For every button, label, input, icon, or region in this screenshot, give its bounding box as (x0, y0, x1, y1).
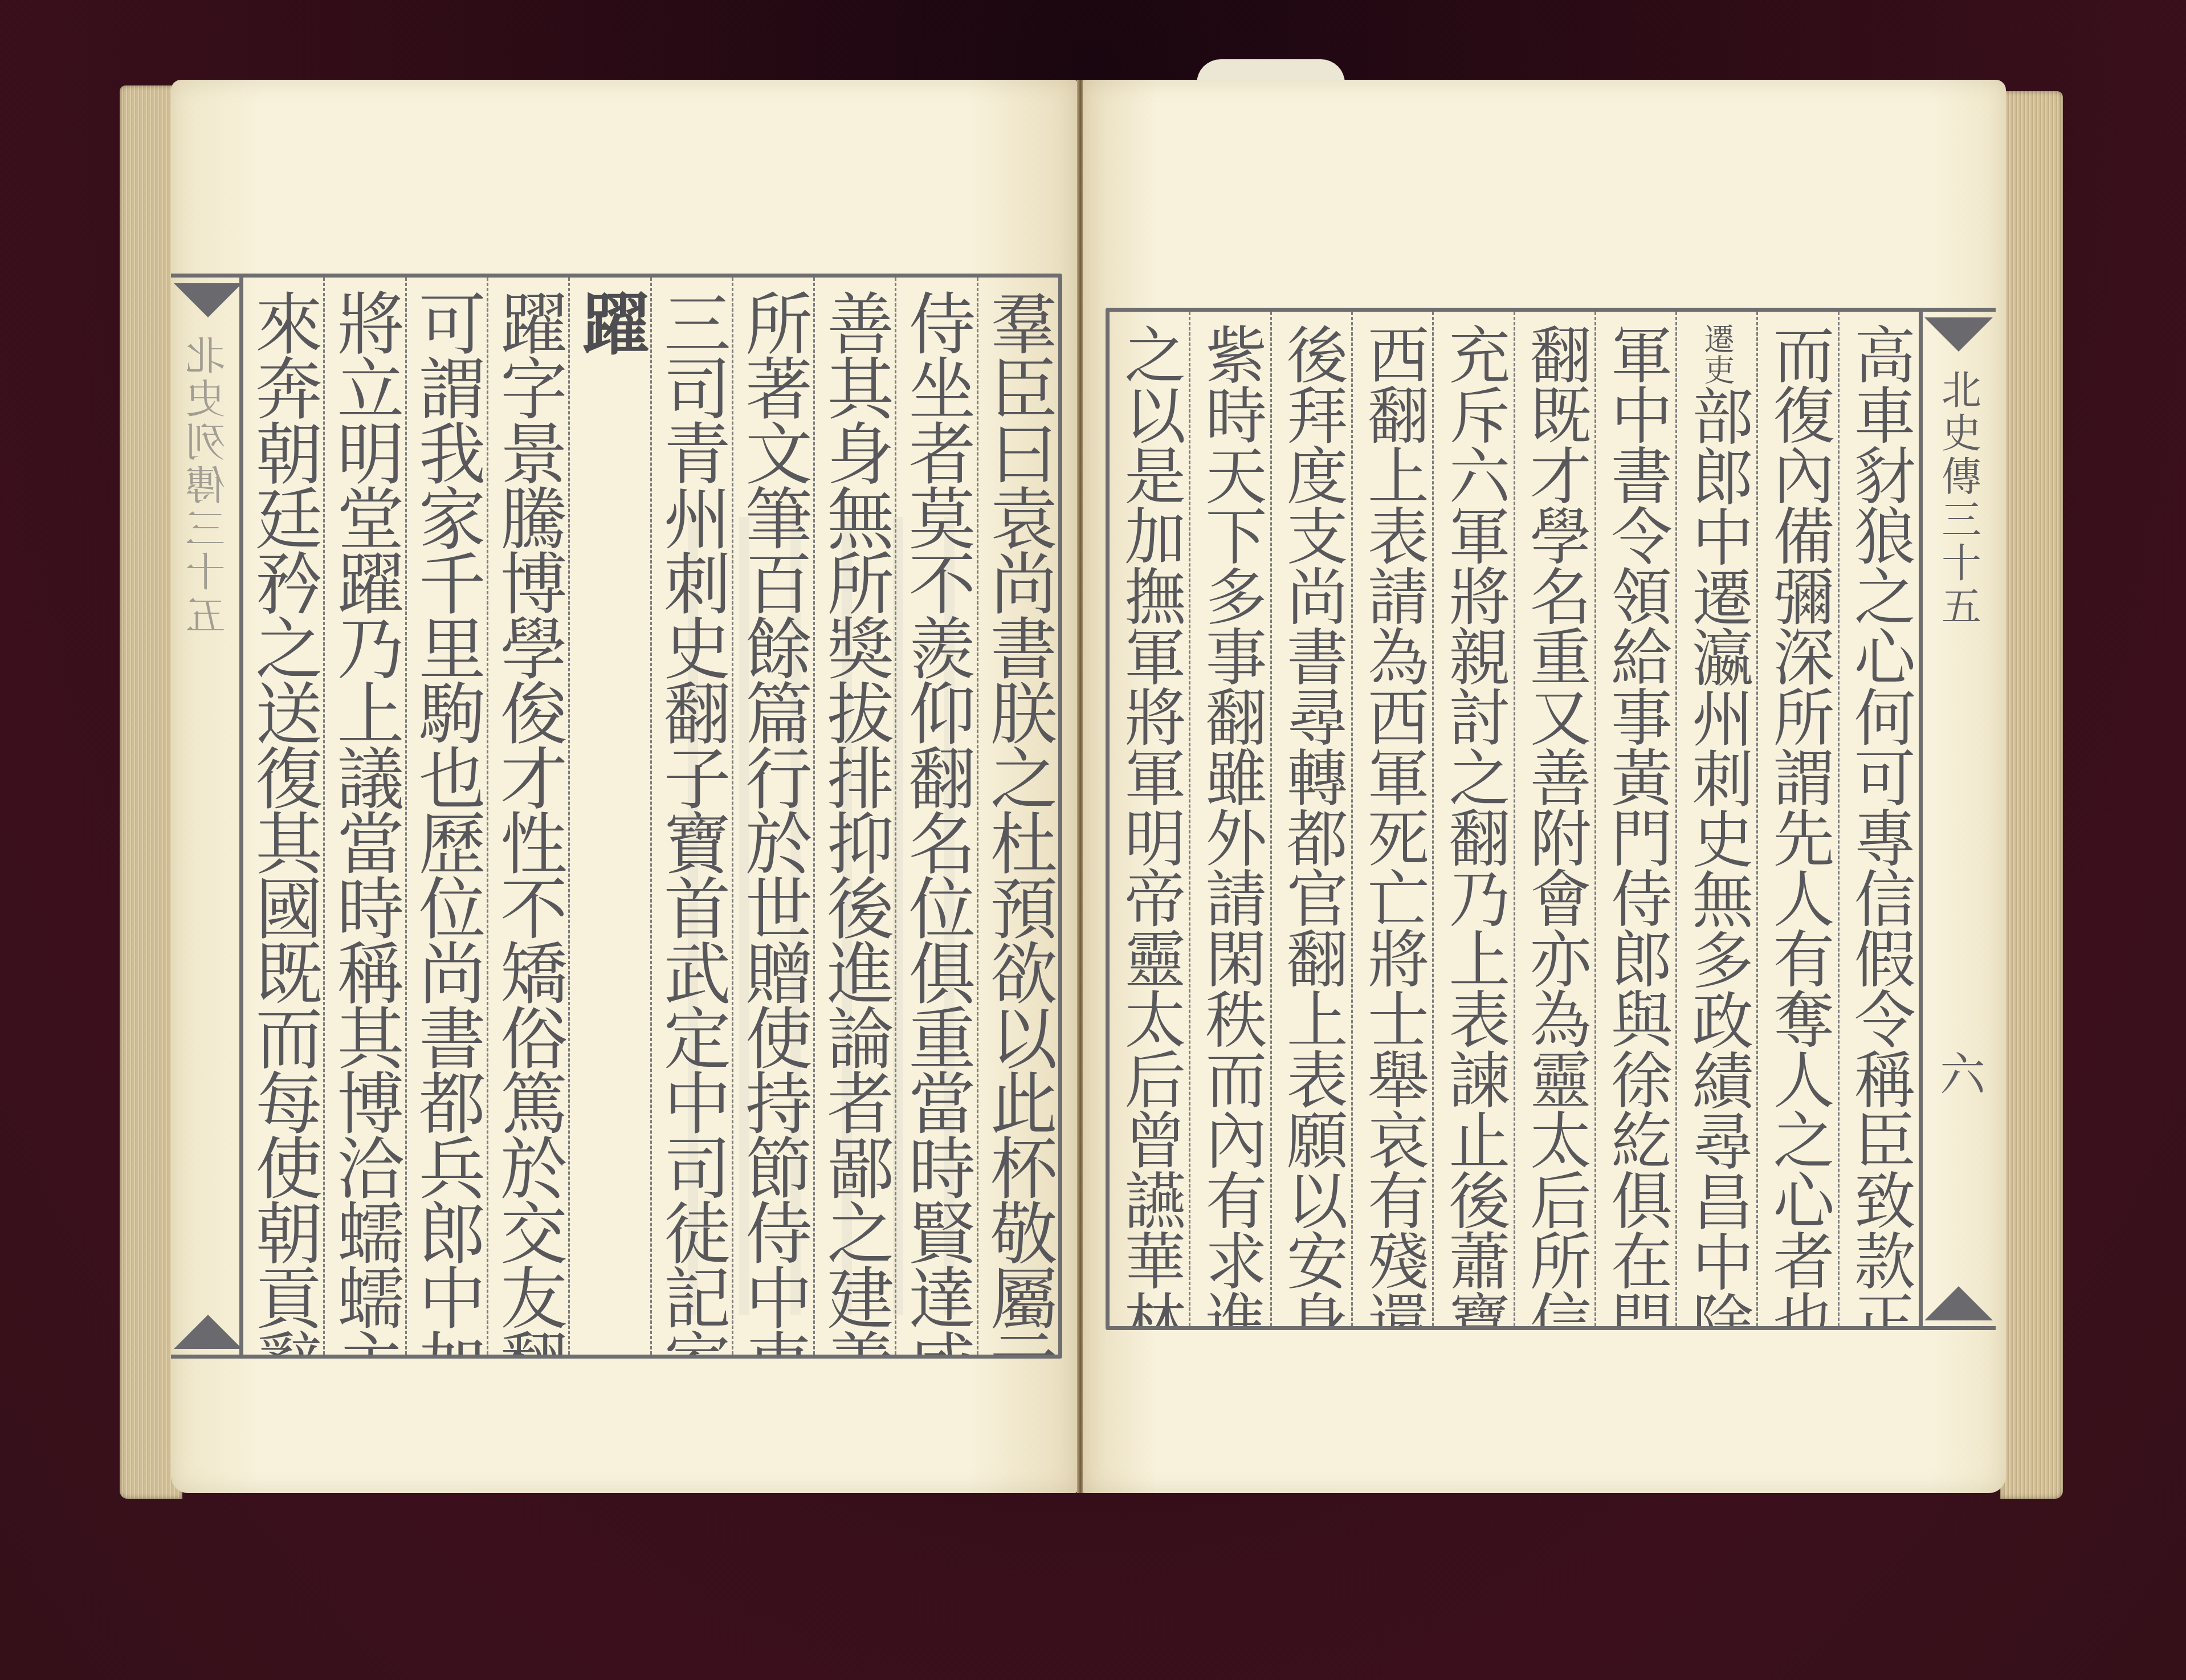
text-column: 高車豺狼之心何可專信假令稱臣致款正可外加優納 (1838, 312, 1919, 1326)
interlinear-annotation: 遷吏 (1702, 323, 1732, 385)
right-page-edges (2000, 91, 2063, 1499)
text-column: 紫時天下多事翻雖外請閑秩而內有求進之心識者怪 (1189, 312, 1270, 1326)
fish-tail-bottom-icon (174, 1315, 242, 1349)
text-column: 來奔朝廷矜之送復其國既而每使朝貢辭旨頗不盡禮 (243, 278, 323, 1355)
right-page: 高車豺狼之心何可專信假令稱臣致款正可外加優納 而復內備彌深所謂先人有奪人之心者也… (1083, 80, 2006, 1493)
open-book: 北史列傳三十五 羣臣曰袁尚書朕之杜預欲以此杯敬屬元凱今為盡之 侍坐者莫不羨仰翻名… (114, 80, 2063, 1499)
fish-tail-top-icon (1924, 317, 1993, 352)
text-column-with-annotation: 遷吏部郎中遷瀛州刺史無多政績尋昌中除安南將 (1675, 312, 1756, 1326)
text-column: 可謂我家千里駒也歷位尚書都兵郎中加員外散騎常侍 (405, 278, 487, 1355)
text-column: 三司青州刺史翻子寶首武定中司徒記室參軍事翻弟 (650, 278, 732, 1355)
column-text: 部郎中遷瀛州刺史無多政績尋昌中除安南將 (1686, 385, 1748, 1326)
left-page: 北史列傳三十五 羣臣曰袁尚書朕之杜預欲以此杯敬屬元凱今為盡之 侍坐者莫不羨仰翻名… (171, 80, 1077, 1493)
text-column: 之以是加撫軍將軍明帝靈太后曾讌華林園舉觴謂 (1110, 312, 1189, 1326)
section-heading-column: 躍 (568, 278, 650, 1355)
text-column: 善其身無所獎拔排抑後進論者鄙之建義初遇害河陰 (813, 278, 895, 1355)
fish-tail-top-icon (174, 283, 242, 317)
text-column: 羣臣曰袁尚書朕之杜預欲以此杯敬屬元凱今為盡之 (977, 278, 1058, 1355)
text-column: 將立明堂躍乃上議當時稱其博洽蠕蠕主阿那瓌亡破 (323, 278, 405, 1355)
left-text-frame: 羣臣曰袁尚書朕之杜預欲以此杯敬屬元凱今為盡之 侍坐者莫不羨仰翻名位俱重當時賢達咸… (239, 274, 1062, 1359)
text-column: 充斥六軍將親討之翻乃上表諫止後蕭寶夤大敗於關 (1432, 312, 1513, 1326)
text-column: 翻既才學名重又善附會亦為靈太后所信待是時蠻賊 (1514, 312, 1594, 1326)
right-text-columns: 高車豺狼之心何可專信假令稱臣致款正可外加優納 而復內備彌深所謂先人有奪人之心者也… (1110, 312, 1919, 1326)
right-page-banner: 北史傳三十五 六 (1922, 308, 1996, 1330)
text-column: 侍坐者莫不羨仰翻名位俱重當時賢達咸推與之然獨 (895, 278, 976, 1355)
fish-tail-bottom-icon (1924, 1286, 1993, 1320)
right-text-frame: 高車豺狼之心何可專信假令稱臣致款正可外加優納 而復內備彌深所謂先人有奪人之心者也… (1106, 308, 1923, 1330)
text-column: 所著文筆百餘篇行於世贈使持節侍中車騎將軍儀同 (732, 278, 813, 1355)
page-number: 六 (1926, 1050, 1992, 1096)
text-column: 而復內備彌深所謂先人有奪人之心者也時朝議是之 (1756, 312, 1837, 1326)
left-page-banner: 北史列傳三十五 (171, 274, 245, 1359)
left-text-columns: 羣臣曰袁尚書朕之杜預欲以此杯敬屬元凱今為盡之 侍坐者莫不羨仰翻名位俱重當時賢達咸… (243, 278, 1058, 1355)
banner-title: 北史傳三十五 (1930, 369, 1988, 629)
text-column: 躍字景騰博學俊才性不矯俗篤於交友翻每謂人曰躍 (487, 278, 568, 1355)
text-column: 西翻上表請為西軍死亡將士舉哀有殘還者并加賑賚 (1351, 312, 1432, 1326)
banner-title-bleedthrough: 北史列傳三十五 (180, 335, 237, 638)
text-column: 後拜度支尚書尋轉都官翻上表願以安身尚書換一金 (1270, 312, 1351, 1326)
text-column: 軍中書令領給事黃門侍郎與徐紇俱在門下並掌文翰 (1594, 312, 1675, 1326)
